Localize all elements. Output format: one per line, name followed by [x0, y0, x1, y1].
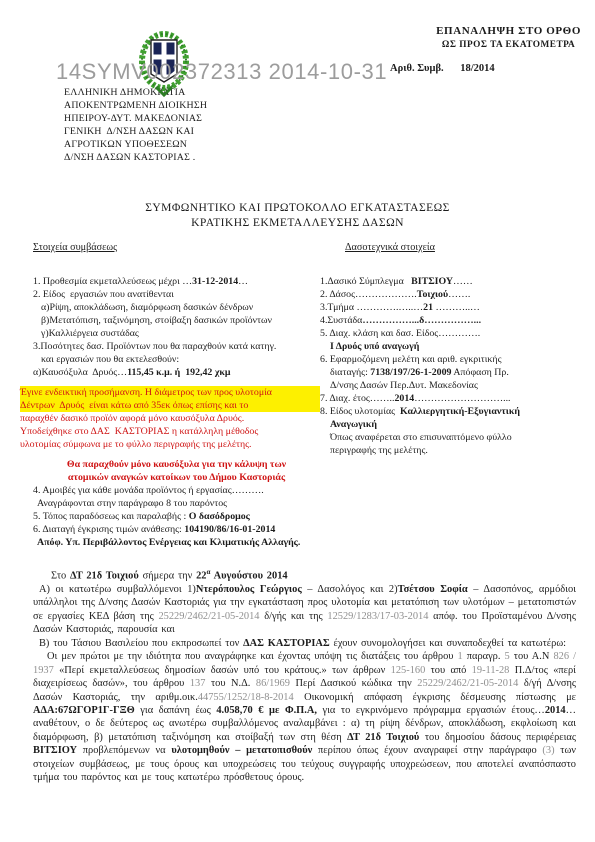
text-run: α)Ρίψη, αποκλάδωση, διαμόρφωση δασικών δ…: [41, 302, 253, 313]
details-columns: Στοιχεία συμβάσεως 1. Προθεσμία εκμεταλλ…: [33, 242, 578, 549]
text-run: (3): [542, 745, 554, 756]
text-line: Θα παραχθούν μόνο καυσόξυλα για την κάλυ…: [33, 458, 320, 471]
text-line: και εργασιών που θα εκτελεσθούν:: [33, 353, 320, 366]
text-run: ΑΔΑ:67ΩΓΟΡ1Γ-ΓΞΘ: [33, 705, 135, 716]
text-run: 5. Διαχ. κλάση και δασ. Είδος………….: [320, 328, 480, 339]
correction-line-2: ΩΣ ΠΡΟΣ ΤΑ ΕΚΑΤΟΜΕΤΡΑ: [436, 38, 581, 52]
text-line: ατομικών αναγκών κατοίκων του Δήμου Καστ…: [33, 471, 320, 484]
contract-details-heading: Στοιχεία συμβάσεως: [33, 242, 320, 253]
text-line: Β) του Τάσιου Βασιλείου που εκπροσωπεί τ…: [33, 637, 576, 650]
text-run: 2. Είδος εργασιών που ανατίθενται: [33, 289, 174, 300]
text-line: Υποδείχθηκε στο ΔΑΣ ΚΑΣΤΟΡΙΑΣ η κατάλληλ…: [20, 425, 320, 438]
text-run: 4.058,70 € με Φ.Π.Α,: [216, 705, 317, 716]
text-run: Στο: [51, 570, 70, 581]
document-title-line-2: ΚΡΑΤΙΚΗΣ ΕΚΜΕΤΑΛΛΕΥΣΗΣ ΔΑΣΩΝ: [0, 216, 595, 231]
text-line: 8. Είδος υλοτομίας Καλλιεργητική-Εξυγιαν…: [320, 405, 578, 418]
text-run: 1. Προθεσμία εκμεταλλεύσεως μέχρι …: [33, 276, 192, 287]
text-line: Στο ΔΤ 21δ Τοιχιού σήμερα την 22α Αυγούσ…: [33, 566, 576, 583]
text-line: α)Καυσόξυλα Δρυός…115,45 κ.μ. ή 192,42 χ…: [33, 366, 320, 379]
text-run: του Α.Ν: [510, 651, 554, 662]
text-run: Α) οι κατωτέρω συμβαλλόμενοι 1): [39, 584, 196, 595]
text-run: παραγρ.: [463, 651, 505, 662]
text-line: ΗΠΕΙΡΟΥ-ΔΥΤ. ΜΑΚΕΔΟΝΙΑΣ: [64, 112, 207, 125]
text-run: για το εγκρινόμενο πρόγραμμα εργασιών έτ…: [317, 705, 545, 716]
text-run: ………………………...: [414, 393, 510, 404]
text-run: Θα παραχθούν μόνο καυσόξυλα για την κάλυ…: [67, 459, 286, 470]
text-run: ΔΤ 21δ Τοιχιού: [347, 732, 419, 743]
text-run: β)Μετατόπιση, ταξινόμηση, στοίβαξη δασικ…: [41, 315, 272, 326]
text-run: ΒΙΤΣΙΟΥ: [33, 745, 77, 756]
text-line: 3.Ποσότητες δασ. Προϊόντων που θα παραχθ…: [33, 340, 320, 353]
text-line: Α) οι κατωτέρω συμβαλλόμενοι 1)Ντερόπουλ…: [33, 583, 576, 637]
text-line: Οι μεν πρώτοι με την ιδιότητα που αναγρά…: [33, 650, 576, 785]
text-run: Οικονομική απόφαση έγκρισης δέσμευσης πί…: [294, 692, 576, 703]
text-run: 86/1969: [256, 678, 290, 689]
text-run: Δέντρων Δρυός είναι κάτω από 35εκ όπως ε…: [20, 400, 248, 411]
text-line: 5. Διαχ. κλάση και δασ. Είδος………….: [320, 327, 578, 340]
forestry-details-heading: Δασοτεχνικά στοιχεία: [345, 242, 578, 253]
text-run: ΔΤ 21δ Τοιχιού: [70, 570, 139, 581]
text-line: 3.Τμήμα ………….…..…21 ………..…: [320, 301, 578, 314]
text-run: Β) του Τάσιου Βασιλείου που εκπροσωπεί τ…: [39, 638, 243, 649]
text-run: Υποδείχθηκε στο ΔΑΣ ΚΑΣΤΟΡΙΑΣ η κατάλληλ…: [20, 426, 258, 437]
text-run: 7138/197/26-1-2009: [370, 367, 451, 378]
text-run: 44755/1252/18-8-2014: [198, 692, 294, 703]
text-run: 25229/2462/21-05-2014: [417, 678, 518, 689]
text-line: γ)Καλλιέργεια συστάδας: [33, 327, 320, 340]
text-run: ΑΓΡΟΤΙΚΩΝ ΥΠΟΘΕΣΕΩΝ: [64, 139, 187, 150]
text-line: Δ/ΝΣΗ ΔΑΣΩΝ ΚΑΣΤΟΡΙΑΣ .: [64, 151, 207, 164]
text-run: Τοιχιού: [417, 289, 448, 300]
text-line: β)Μετατόπιση, ταξινόμηση, στοίβαξη δασικ…: [33, 314, 320, 327]
text-line: 6. Διαταγή έγκρισης τιμών ανάθεσης: 1041…: [33, 523, 320, 536]
text-run: 137: [190, 678, 206, 689]
text-line: [33, 451, 320, 458]
forestry-details-list: 1.Δασικό Σύμπλεγμα ΒΙΤΣΙΟΥ……2. Δάσος……………: [320, 275, 578, 457]
text-run: του Ν.Δ.: [205, 678, 255, 689]
text-run: περίπου όπως έχουν αναγραφεί στην παράγρ…: [312, 745, 542, 756]
text-run: 6. Διαταγή έγκρισης τιμών ανάθεσης:: [33, 524, 184, 535]
text-line: Απόφ. Υπ. Περιβάλλοντος Ενέργειας και Κλ…: [33, 536, 320, 549]
text-run: Ι Δρυός υπό αναγωγή: [330, 341, 419, 352]
text-line: 4.Συστάδα……………...δ……………...: [320, 314, 578, 327]
text-run: Αναγράφονται στην παράγραφο 8 του παρόντ…: [37, 498, 227, 509]
correction-line-1: ΕΠΑΝΑΛΗΨΗ ΣΤΟ ΟΡΘΟ: [436, 24, 581, 38]
text-run: Απόφ. Υπ. Περιβάλλοντος Ενέργειας και Κλ…: [37, 537, 300, 548]
text-run: υλοτομίας σύμφωνα με το φύλλο περιγραφής…: [20, 439, 252, 450]
text-run: 6. Εφαρμοζόμενη μελέτη και αριθ. εγκριτι…: [320, 354, 502, 365]
text-line: Όπως αναφέρεται στο επισυναπτόμενο φύλλο: [320, 431, 578, 444]
text-line: α)Ρίψη, αποκλάδωση, διαμόρφωση δασικών δ…: [33, 301, 320, 314]
text-run: Ο δασόδρομος: [189, 511, 250, 522]
text-line: 2. Δάσος……………….Τοιχιού…….: [320, 288, 578, 301]
text-line: Αναγράφονται στην παράγραφο 8 του παρόντ…: [33, 497, 320, 510]
text-run: 8. Είδος υλοτομίας: [320, 406, 400, 417]
text-run: Οι μεν πρώτοι με την ιδιότητα που αναγρά…: [47, 651, 458, 662]
watermark-text: 14SYMV002372313 2014-10-31: [56, 59, 387, 85]
text-run: 3.Ποσότητες δασ. Προϊόντων που θα παραχθ…: [33, 341, 276, 352]
text-run: 125-160: [391, 665, 426, 676]
text-run: προβλεπόμενων να: [77, 745, 171, 756]
contract-details-column: Στοιχεία συμβάσεως 1. Προθεσμία εκμεταλλ…: [33, 242, 320, 549]
contract-details-list: 1. Προθεσμία εκμεταλλεύσεως μέχρι …31-12…: [33, 275, 320, 549]
text-run: 1.Δασικό Σύμπλεγμα: [320, 276, 411, 287]
text-line: Αναγωγική: [320, 418, 578, 431]
text-run: ΒΙΤΣΙΟΥ: [411, 276, 453, 287]
text-line: 1. Προθεσμία εκμεταλλεύσεως μέχρι …31-12…: [33, 275, 320, 288]
text-run: 12529/1283/17-03-2014: [327, 611, 428, 622]
correction-note: ΕΠΑΝΑΛΗΨΗ ΣΤΟ ΟΡΘΟ ΩΣ ΠΡΟΣ ΤΑ ΕΚΑΤΟΜΕΤΡΑ: [436, 24, 581, 52]
text-run: 2014: [394, 393, 414, 404]
text-run: Όπως αναφέρεται στο επισυναπτόμενο φύλλο: [330, 432, 512, 443]
text-run: 4.Συστάδα: [320, 315, 362, 326]
text-run: Καλλιεργητική-Εξυγιαντική: [400, 406, 520, 417]
text-run: α)Καυσόξυλα Δρυός…: [33, 367, 127, 378]
text-line: παραχθέν δασικό προϊόν αφορά μόνο καυσόξ…: [20, 412, 320, 425]
text-line: 5. Τόπος παραδόσεως και παραλαβής : Ο δα…: [33, 510, 320, 523]
text-run: ΓΕΝΙΚΗ Δ/ΝΣΗ ΔΑΣΩΝ ΚΑΙ: [64, 126, 194, 137]
agreement-body: Στο ΔΤ 21δ Τοιχιού σήμερα την 22α Αυγούσ…: [33, 566, 576, 785]
text-line: Ι Δρυός υπό αναγωγή: [320, 340, 578, 353]
text-run: – Δασολόγος και 2): [302, 584, 398, 595]
text-run: του από: [425, 665, 471, 676]
text-run: και εργασιών που θα εκτελεσθούν:: [41, 354, 179, 365]
forestry-details-column: Δασοτεχνικά στοιχεία 1.Δασικό Σύμπλεγμα …: [320, 242, 578, 549]
text-run: περιγραφής της μελέτης.: [330, 445, 428, 456]
text-run: Περί Δασικού κώδικα την: [290, 678, 417, 689]
text-run: Ντερόπουλος Γεώργιος: [196, 584, 302, 595]
text-run: 5. Τόπος παραδόσεως και παραλαβής :: [33, 511, 189, 522]
text-run: γ)Καλλιέργεια συστάδας: [41, 328, 139, 339]
text-run: ΗΠΕΙΡΟΥ-ΔΥΤ. ΜΑΚΕΔΟΝΙΑΣ: [64, 113, 202, 124]
text-run: 4. Αμοιβές για κάθε μονάδα προϊόντος ή ε…: [33, 485, 264, 496]
text-line: [33, 379, 320, 386]
text-run: 22: [196, 570, 206, 581]
text-run: 7. Διαχ. έτος……..: [320, 393, 394, 404]
text-line: ΑΓΡΟΤΙΚΩΝ ΥΠΟΘΕΣΕΩΝ: [64, 138, 207, 151]
text-run: σήμερα την: [139, 570, 196, 581]
text-line: 1.Δασικό Σύμπλεγμα ΒΙΤΣΙΟΥ……: [320, 275, 578, 288]
text-run: 104190/86/16-01-2014: [184, 524, 275, 535]
text-run: Αυγούστου 2014: [210, 570, 287, 581]
text-run: Έγινε ενδεικτική προσήμανση. Η διάμετρος…: [20, 387, 272, 398]
text-run: 19-11-28: [472, 665, 510, 676]
text-run: έχουν συνομολογήσει και συναποδεχθεί τα …: [330, 638, 566, 649]
contract-number-value: 18/2014: [460, 63, 494, 74]
text-run: ……: [453, 276, 473, 287]
text-line: Έγινε ενδεικτική προσήμανση. Η διάμετρος…: [20, 386, 320, 399]
text-line: 7. Διαχ. έτος……..2014………………………...: [320, 392, 578, 405]
text-run: 21: [423, 302, 433, 313]
text-run: Τσέτσου Σοφία: [398, 584, 468, 595]
text-run: 3.Τμήμα ………….…..…: [320, 302, 423, 313]
contract-number-label: Αριθ. Συμβ.: [390, 63, 444, 74]
text-run: 2014: [545, 705, 566, 716]
text-run: 25229/2462/21-05-2014: [158, 611, 259, 622]
text-run: …….: [448, 289, 470, 300]
text-run: «Περί εκμεταλλεύσεως δημοσίων δασών υπό …: [54, 665, 391, 676]
contract-number: Αριθ. Συμβ. 18/2014: [390, 63, 495, 74]
text-line: 6. Εφαρμοζόμενη μελέτη και αριθ. εγκριτι…: [320, 353, 578, 366]
text-run: του δημοσίου δάσους περιφέρειας: [419, 732, 576, 743]
text-run: παραχθέν δασικό προϊόν αφορά μόνο καυσόξ…: [20, 413, 244, 424]
text-line: διαταγής: 7138/197/26-1-2009 Απόφαση Πρ.: [320, 366, 578, 379]
document-page: ΕΠΑΝΑΛΗΨΗ ΣΤΟ ΟΡΘΟ ΩΣ ΠΡΟΣ ΤΑ ΕΚΑΤΟΜΕΤΡΑ…: [0, 0, 595, 842]
text-line: Δ/νσης Δασών Περ.Δυτ. Μακεδονίας: [320, 379, 578, 392]
text-run: ……………...δ……………...: [362, 315, 481, 326]
text-run: Απόφαση Πρ.: [451, 367, 508, 378]
text-run: Δ/ΝΣΗ ΔΑΣΩΝ ΚΑΣΤΟΡΙΑΣ .: [64, 152, 195, 163]
text-line: ΓΕΝΙΚΗ Δ/ΝΣΗ ΔΑΣΩΝ ΚΑΙ: [64, 125, 207, 138]
text-line: υλοτομίας σύμφωνα με το φύλλο περιγραφής…: [20, 438, 320, 451]
text-run: ………..…: [433, 302, 480, 313]
document-title: ΣΥΜΦΩΝΗΤΙΚΟ ΚΑΙ ΠΡΩΤΟΚΟΛΛΟ ΕΓΚΑΤΑΣΤΑΣΕΩΣ…: [0, 201, 595, 230]
text-run: ατομικών αναγκών κατοίκων του Δήμου Καστ…: [68, 472, 285, 483]
text-line: Δέντρων Δρυός είναι κάτω από 35εκ όπως ε…: [20, 399, 320, 412]
text-run: 115,45 κ.μ. ή 192,42 χκμ: [127, 367, 230, 378]
text-line: 4. Αμοιβές για κάθε μονάδα προϊόντος ή ε…: [33, 484, 320, 497]
text-run: …: [238, 276, 248, 287]
text-run: Δ/νσης Δασών Περ.Δυτ. Μακεδονίας: [330, 380, 478, 391]
text-line: περιγραφής της μελέτης.: [320, 444, 578, 457]
text-run: δ/γής και της: [259, 611, 327, 622]
text-run: ΔΑΣ ΚΑΣΤΟΡΙΑΣ: [243, 638, 330, 649]
text-run: για δαπάνη έως: [135, 705, 217, 716]
text-run: υλοτομηθούν – μετατοπισθούν: [171, 745, 312, 756]
text-line: 2. Είδος εργασιών που ανατίθενται: [33, 288, 320, 301]
text-run: Αναγωγική: [330, 419, 377, 430]
document-title-line-1: ΣΥΜΦΩΝΗΤΙΚΟ ΚΑΙ ΠΡΩΤΟΚΟΛΛΟ ΕΓΚΑΤΑΣΤΑΣΕΩΣ: [0, 201, 595, 216]
text-run: 2. Δάσος……………….: [320, 289, 417, 300]
text-run: 31-12-2014: [192, 276, 238, 287]
text-run: διαταγής:: [330, 367, 370, 378]
